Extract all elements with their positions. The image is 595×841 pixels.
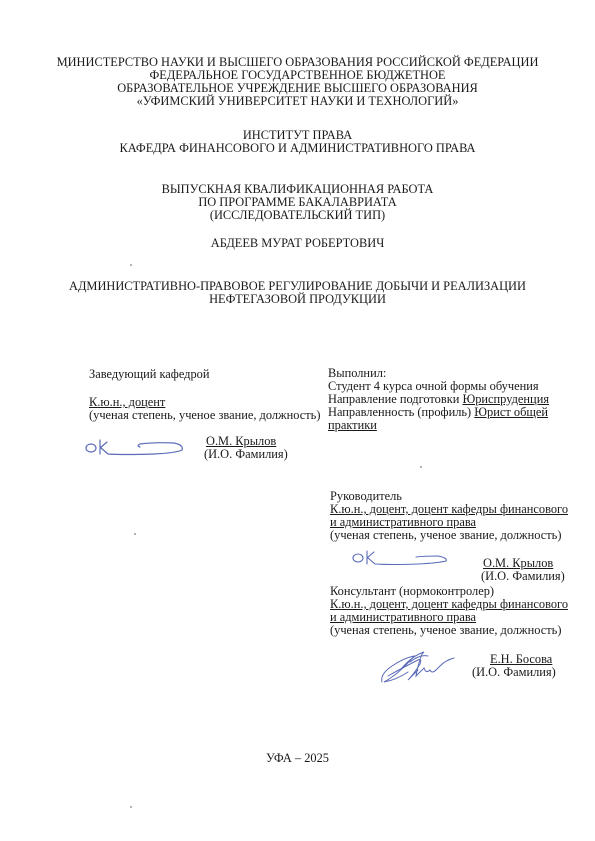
direction-value: Юриспруденция — [462, 392, 549, 406]
supervisor-name-caption: (И.О. Фамилия) — [481, 570, 565, 584]
direction-label: Направление подготовки — [328, 392, 459, 406]
thesis-title-line-2: НЕФТЕГАЗОВОЙ ПРОДУКЦИИ — [0, 293, 595, 307]
city-year: УФА – 2025 — [0, 752, 595, 766]
head-degree-caption: (ученая степень, ученое звание, должност… — [89, 409, 320, 423]
profile-value: Юрист общей — [474, 405, 548, 419]
work-type-line-3: (ИССЛЕДОВАТЕЛЬСКИЙ ТИП) — [0, 209, 595, 223]
scan-speck — [66, 66, 68, 68]
scan-speck — [130, 264, 132, 266]
scan-speck — [130, 806, 132, 808]
supervisor-signature-icon — [352, 548, 462, 572]
consultant-name-text: Е.Н. Босова — [476, 652, 558, 666]
head-name-caption: (И.О. Фамилия) — [204, 448, 288, 462]
profile-value-continued: практики — [328, 419, 377, 433]
consultant-name-caption: (И.О. Фамилия) — [472, 666, 556, 680]
consultant-degree-caption: (ученая степень, ученое звание, должност… — [330, 624, 561, 638]
header-line-4: «УФИМСКИЙ УНИВЕРСИТЕТ НАУКИ И ТЕХНОЛОГИЙ… — [0, 95, 595, 109]
head-signature-icon — [84, 434, 194, 460]
consultant-signature-icon — [378, 646, 458, 688]
head-label: Заведующий кафедрой — [89, 368, 210, 382]
scan-speck — [420, 466, 422, 468]
supervisor-degree-caption: (ученая степень, ученое звание, должност… — [330, 529, 561, 543]
profile-label: Направленность (профиль) — [328, 405, 471, 419]
author-name: АБДЕЕВ МУРАТ РОБЕРТОВИЧ — [0, 237, 595, 251]
department-name: КАФЕДРА ФИНАНСОВОГО И АДМИНИСТРАТИВНОГО … — [0, 142, 595, 156]
scan-speck — [134, 533, 136, 535]
